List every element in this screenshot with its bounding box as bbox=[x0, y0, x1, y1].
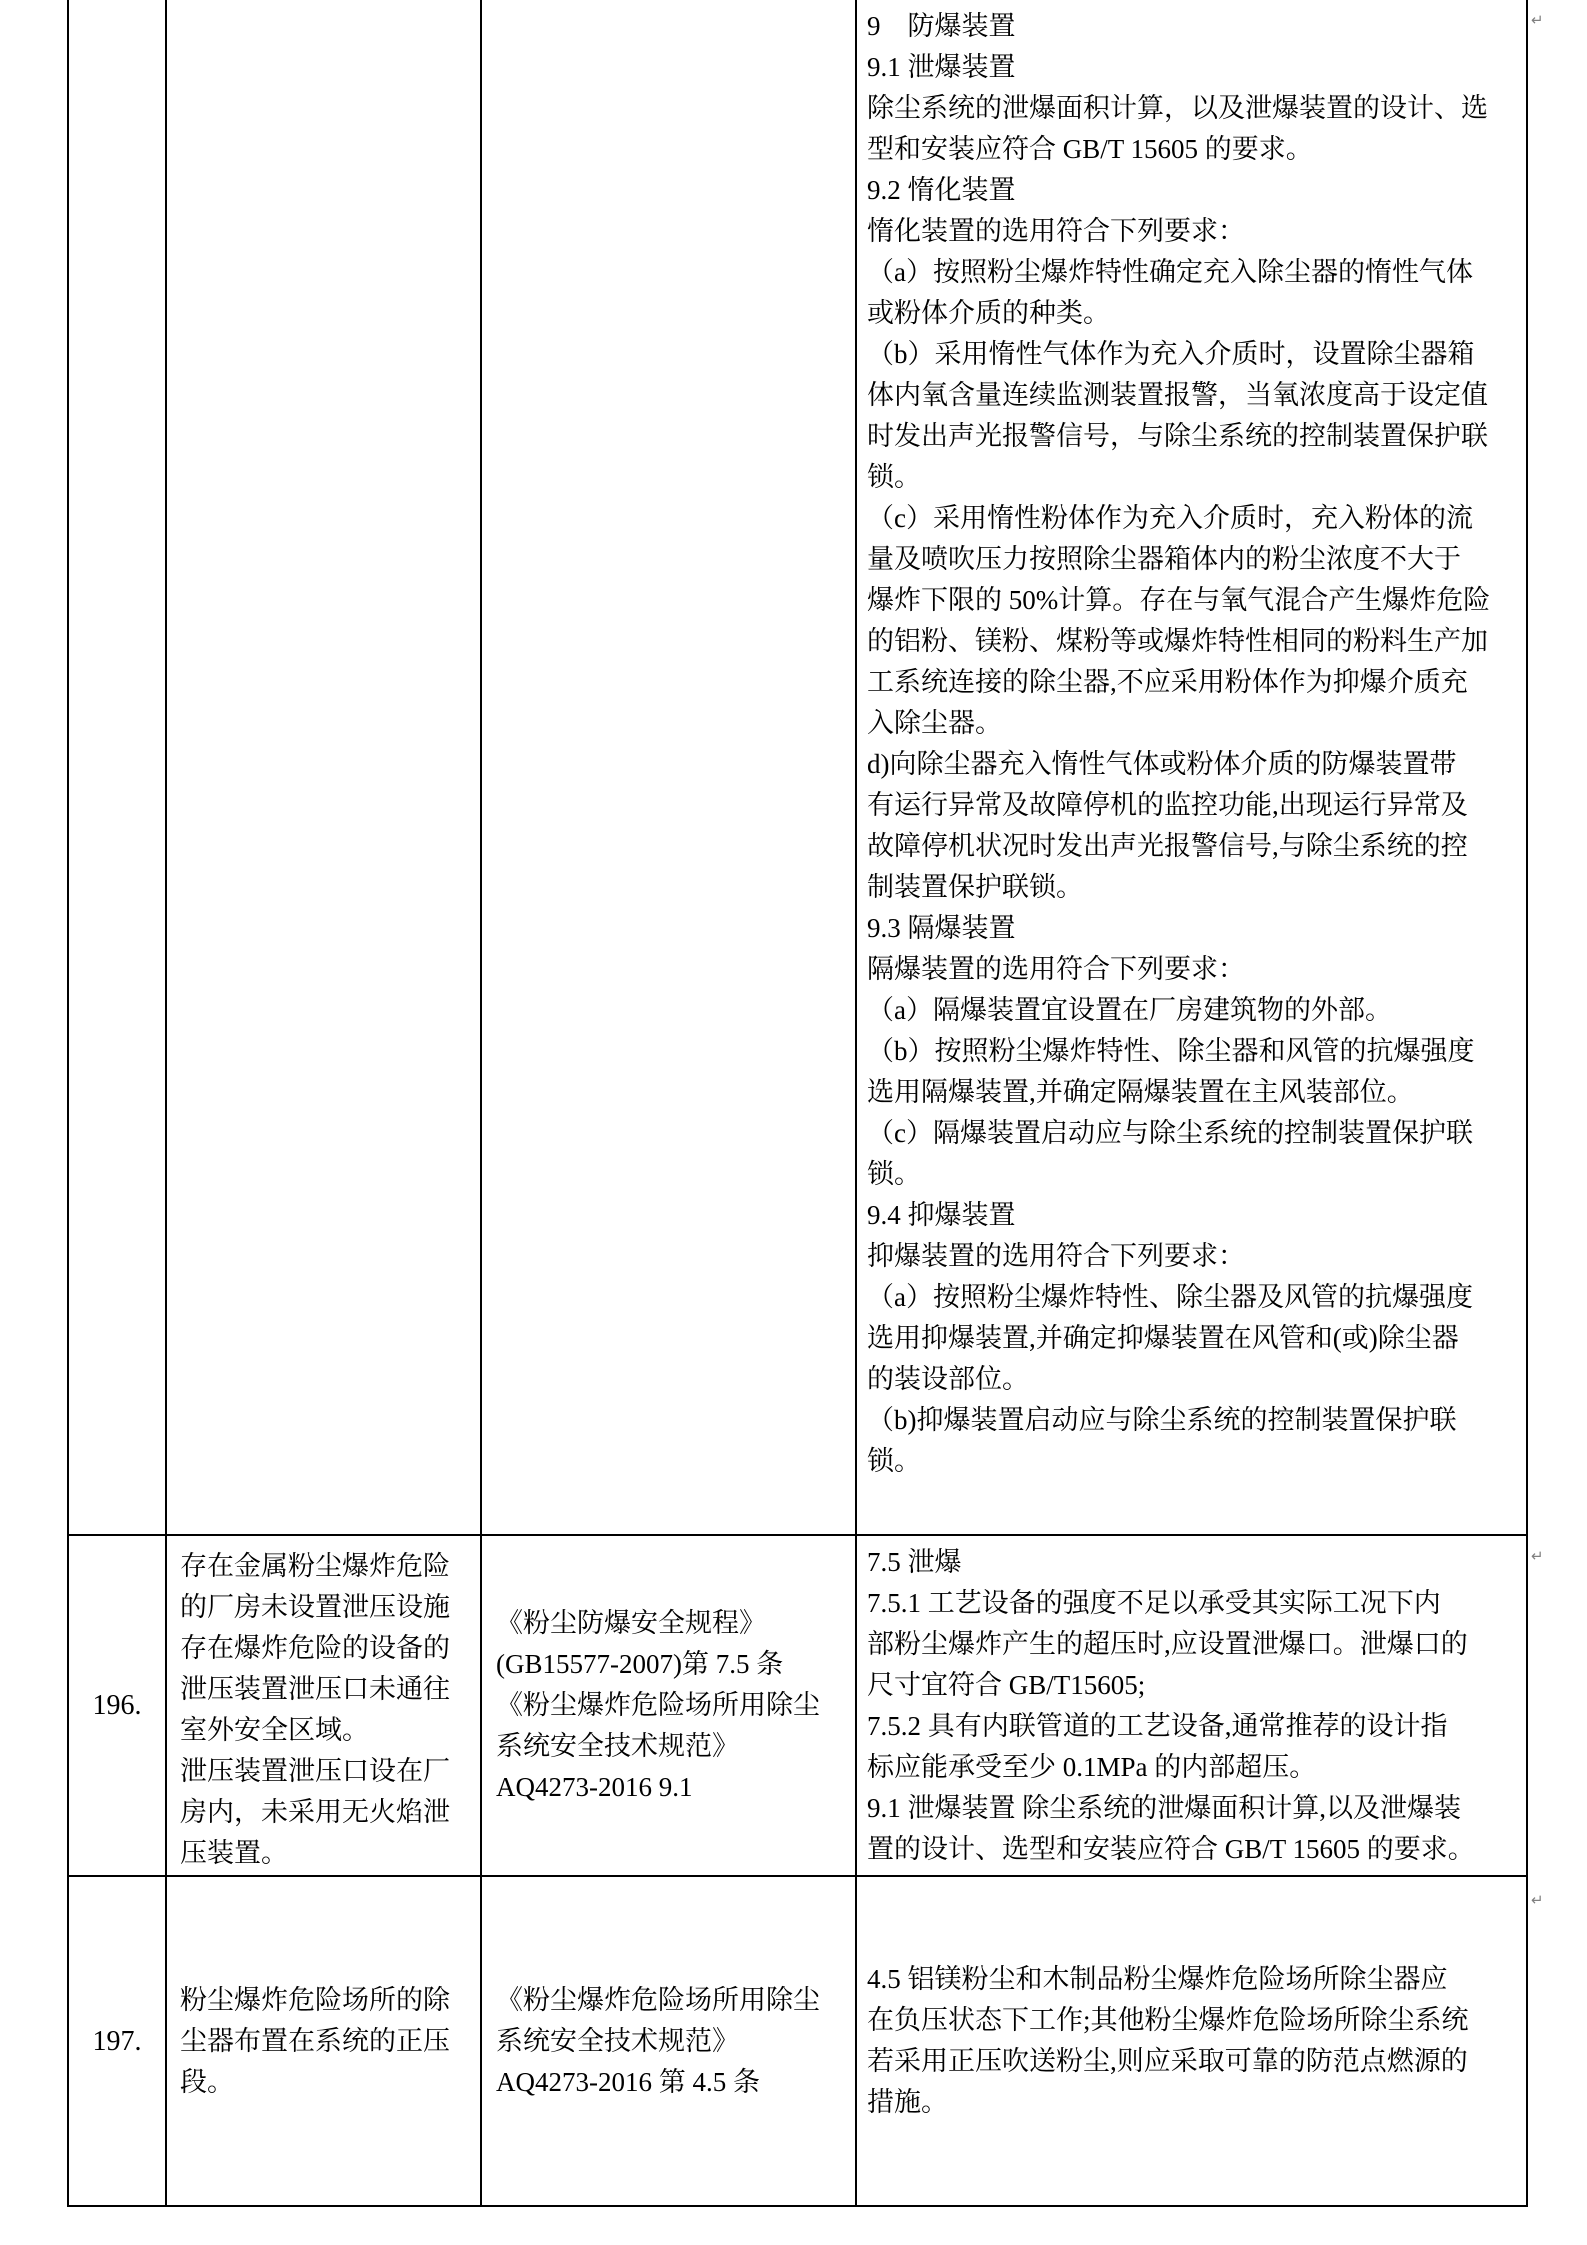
text-line: 9.1 泄爆装置 bbox=[867, 47, 1520, 88]
text-line: (GB15577-2007)第 7.5 条 bbox=[496, 1644, 847, 1685]
text-line: 惰化装置的选用符合下列要求： bbox=[867, 211, 1520, 252]
text-line: 存在爆炸危险的设备的 bbox=[180, 1628, 472, 1669]
cell-violation bbox=[167, 0, 482, 1534]
text-line: 的铝粉、镁粉、煤粉等或爆炸特性相同的粉料生产加 bbox=[867, 621, 1520, 662]
text-line: （c）采用惰性粉体作为充入介质时，充入粉体的流 bbox=[867, 498, 1520, 539]
item-number: 196. bbox=[93, 1685, 142, 1726]
text-line: 部粉尘爆炸产生的超压时,应设置泄爆口。泄爆口的 bbox=[867, 1624, 1520, 1665]
text-line: 9.1 泄爆装置 除尘系统的泄爆面积计算,以及泄爆装 bbox=[867, 1788, 1520, 1829]
text-line: 时发出声光报警信号，与除尘系统的控制装置保护联 bbox=[867, 416, 1520, 457]
text-line: 入除尘器。 bbox=[867, 703, 1520, 744]
regulation-table: 9 防爆装置9.1 泄爆装置除尘系统的泄爆面积计算，以及泄爆装置的设计、选型和安… bbox=[67, 0, 1528, 2207]
text-line: 9.3 隔爆装置 bbox=[867, 908, 1520, 949]
cell-violation: 粉尘爆炸危险场所的除尘器布置在系统的正压段。 bbox=[167, 1877, 482, 2205]
text-line: 型和安装应符合 GB/T 15605 的要求。 bbox=[867, 129, 1520, 170]
text-line: 量及喷吹压力按照除尘器箱体内的粉尘浓度不大于 bbox=[867, 539, 1520, 580]
cell-item-number: 197. bbox=[69, 1877, 167, 2205]
text-line: （a）按照粉尘爆炸特性、除尘器及风管的抗爆强度 bbox=[867, 1277, 1520, 1318]
text-line: 9.2 惰化装置 bbox=[867, 170, 1520, 211]
text-line: 或粉体介质的种类。 bbox=[867, 293, 1520, 334]
text-line: 锁。 bbox=[867, 1441, 1520, 1482]
text-line: 在负压状态下工作;其他粉尘爆炸危险场所除尘系统 bbox=[867, 2000, 1520, 2041]
paragraph-mark-icon: ↵ bbox=[1531, 10, 1551, 30]
text-line: 系统安全技术规范》 bbox=[496, 1726, 847, 1767]
text-line: 有运行异常及故障停机的监控功能,出现运行异常及 bbox=[867, 785, 1520, 826]
text-line: 9.4 抑爆装置 bbox=[867, 1195, 1520, 1236]
text-line: AQ4273-2016 9.1 bbox=[496, 1767, 847, 1808]
text-line: 房内，未采用无火焰泄 bbox=[180, 1792, 472, 1833]
cell-item-number: 196. bbox=[69, 1536, 167, 1876]
text-line: 标应能承受至少 0.1MPa 的内部超压。 bbox=[867, 1747, 1520, 1788]
text-line: 措施。 bbox=[867, 2082, 1520, 2123]
text-line: d)向除尘器充入惰性气体或粉体介质的防爆装置带 bbox=[867, 744, 1520, 785]
text-line: 置的设计、选型和安装应符合 GB/T 15605 的要求。 bbox=[867, 1829, 1520, 1870]
table-row-continued: 9 防爆装置9.1 泄爆装置除尘系统的泄爆面积计算，以及泄爆装置的设计、选型和安… bbox=[69, 0, 1526, 1536]
cell-requirement: 9 防爆装置9.1 泄爆装置除尘系统的泄爆面积计算，以及泄爆装置的设计、选型和安… bbox=[857, 0, 1526, 1534]
text-line: 压装置。 bbox=[180, 1833, 472, 1874]
text-line: 粉尘爆炸危险场所的除 bbox=[180, 1980, 472, 2021]
text-line: 9 防爆装置 bbox=[867, 6, 1520, 47]
paragraph-mark-icon: ↵ bbox=[1531, 1546, 1551, 1566]
text-line: 故障停机状况时发出声光报警信号,与除尘系统的控 bbox=[867, 826, 1520, 867]
text-line: 的厂房未设置泄压设施 bbox=[180, 1587, 472, 1628]
text-line: 泄压装置泄压口未通往 bbox=[180, 1669, 472, 1710]
cell-item-number bbox=[69, 0, 167, 1534]
cell-requirement: 7.5 泄爆7.5.1 工艺设备的强度不足以承受其实际工况下内部粉尘爆炸产生的超… bbox=[857, 1536, 1526, 1876]
text-line: （b）按照粉尘爆炸特性、除尘器和风管的抗爆强度 bbox=[867, 1031, 1520, 1072]
text-line: （a）按照粉尘爆炸特性确定充入除尘器的惰性气体 bbox=[867, 252, 1520, 293]
text-line: 的装设部位。 bbox=[867, 1359, 1520, 1400]
text-line: 室外安全区域。 bbox=[180, 1710, 472, 1751]
text-line: 4.5 铝镁粉尘和木制品粉尘爆炸危险场所除尘器应 bbox=[867, 1959, 1520, 2000]
text-line: 除尘系统的泄爆面积计算，以及泄爆装置的设计、选 bbox=[867, 88, 1520, 129]
text-line: AQ4273-2016 第 4.5 条 bbox=[496, 2062, 847, 2103]
text-line: 锁。 bbox=[867, 457, 1520, 498]
text-line: 制装置保护联锁。 bbox=[867, 867, 1520, 908]
text-line: 选用隔爆装置,并确定隔爆装置在主风装部位。 bbox=[867, 1072, 1520, 1113]
text-line: 7.5 泄爆 bbox=[867, 1542, 1520, 1583]
text-line: （b）采用惰性气体作为充入介质时，设置除尘器箱 bbox=[867, 334, 1520, 375]
cell-violation: 存在金属粉尘爆炸危险的厂房未设置泄压设施存在爆炸危险的设备的泄压装置泄压口未通往… bbox=[167, 1536, 482, 1876]
text-line: 隔爆装置的选用符合下列要求： bbox=[867, 949, 1520, 990]
text-line: 若采用正压吹送粉尘,则应采取可靠的防范点燃源的 bbox=[867, 2041, 1520, 2082]
text-line: 存在金属粉尘爆炸危险 bbox=[180, 1546, 472, 1587]
text-line: 段。 bbox=[180, 2062, 472, 2103]
text-line: （c）隔爆装置启动应与除尘系统的控制装置保护联 bbox=[867, 1113, 1520, 1154]
table-row: 197. 粉尘爆炸危险场所的除尘器布置在系统的正压段。 《粉尘爆炸危险场所用除尘… bbox=[69, 1877, 1526, 2205]
cell-basis: 《粉尘防爆安全规程》(GB15577-2007)第 7.5 条《粉尘爆炸危险场所… bbox=[482, 1536, 857, 1876]
text-line: 《粉尘爆炸危险场所用除尘 bbox=[496, 1980, 847, 2021]
cell-requirement: 4.5 铝镁粉尘和木制品粉尘爆炸危险场所除尘器应在负压状态下工作;其他粉尘爆炸危… bbox=[857, 1877, 1526, 2205]
text-line: 工系统连接的除尘器,不应采用粉体作为抑爆介质充 bbox=[867, 662, 1520, 703]
text-line: 尘器布置在系统的正压 bbox=[180, 2021, 472, 2062]
text-line: 抑爆装置的选用符合下列要求： bbox=[867, 1236, 1520, 1277]
text-line: 7.5.1 工艺设备的强度不足以承受其实际工况下内 bbox=[867, 1583, 1520, 1624]
text-line: 选用抑爆装置,并确定抑爆装置在风管和(或)除尘器 bbox=[867, 1318, 1520, 1359]
text-line: 《粉尘防爆安全规程》 bbox=[496, 1603, 847, 1644]
text-line: （a）隔爆装置宜设置在厂房建筑物的外部。 bbox=[867, 990, 1520, 1031]
text-line: 锁。 bbox=[867, 1154, 1520, 1195]
document-page: { "page": { "background": "#ffffff", "bo… bbox=[0, 0, 1587, 2245]
cell-basis: 《粉尘爆炸危险场所用除尘系统安全技术规范》AQ4273-2016 第 4.5 条 bbox=[482, 1877, 857, 2205]
text-line: 爆炸下限的 50%计算。存在与氧气混合产生爆炸危险 bbox=[867, 580, 1520, 621]
table-row: 196. 存在金属粉尘爆炸危险的厂房未设置泄压设施存在爆炸危险的设备的泄压装置泄… bbox=[69, 1536, 1526, 1878]
item-number: 197. bbox=[93, 2021, 142, 2062]
text-line: 系统安全技术规范》 bbox=[496, 2021, 847, 2062]
text-line: （b)抑爆装置启动应与除尘系统的控制装置保护联 bbox=[867, 1400, 1520, 1441]
text-line: 体内氧含量连续监测装置报警，当氧浓度高于设定值 bbox=[867, 375, 1520, 416]
paragraph-mark-icon: ↵ bbox=[1531, 1890, 1551, 1910]
cell-basis bbox=[482, 0, 857, 1534]
text-line: 泄压装置泄压口设在厂 bbox=[180, 1751, 472, 1792]
text-line: 《粉尘爆炸危险场所用除尘 bbox=[496, 1685, 847, 1726]
text-line: 7.5.2 具有内联管道的工艺设备,通常推荐的设计指 bbox=[867, 1706, 1520, 1747]
text-line: 尺寸宜符合 GB/T15605; bbox=[867, 1665, 1520, 1706]
